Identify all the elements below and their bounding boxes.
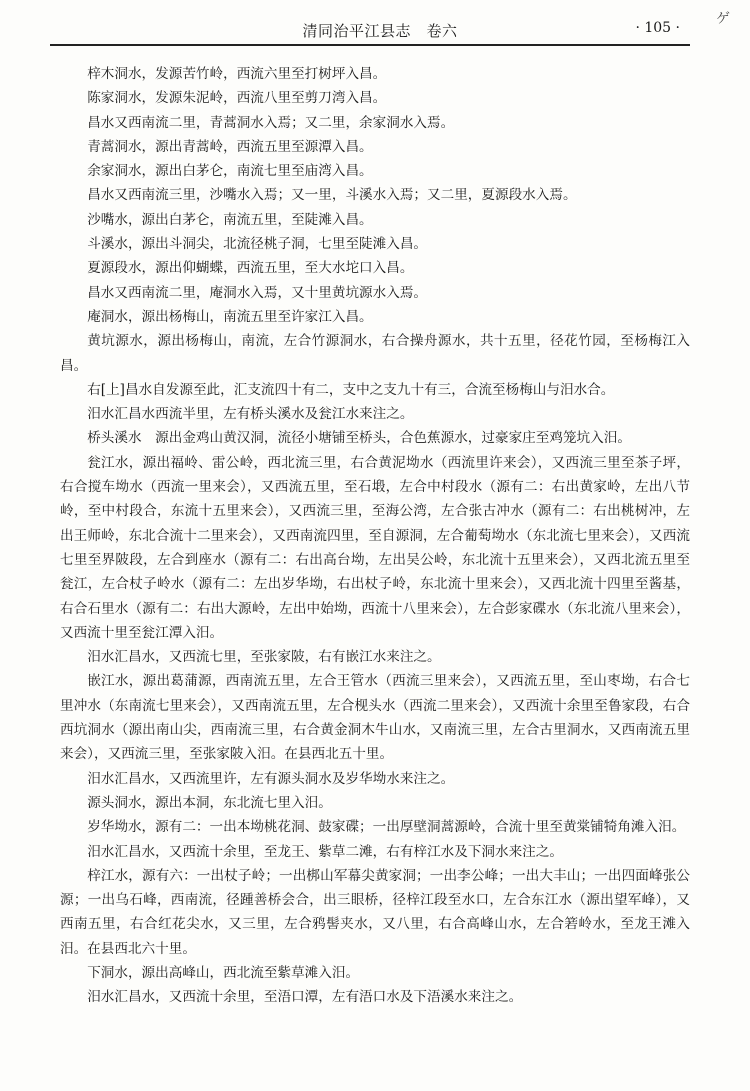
paragraph: 沙嘴水，源出白茅仑，南流五里，至陡滩入昌。 xyxy=(60,208,690,232)
running-title: 清同治平江县志 卷六 xyxy=(50,20,690,41)
paragraph: 青蒿洞水，源出青蒿岭，西流五里至源潭入昌。 xyxy=(60,135,690,159)
corner-scan-mark: ゲ xyxy=(716,8,730,28)
paragraph: 汨水汇昌水西流半里，左有桥头溪水及瓮江水来注之。 xyxy=(60,402,690,426)
paragraph: 昌水又西南流二里，庵洞水入焉，又十里黄坑源水入焉。 xyxy=(60,281,690,305)
paragraph: 源头洞水，源出本洞，东北流七里入汨。 xyxy=(60,791,690,815)
paragraph: 瓮江水，源出福岭、雷公岭，西北流三里，右合黄泥坳水（西流里许来会），又西流三里至… xyxy=(60,451,690,645)
paragraph: 汨水汇昌水，又西流七里，至张家陂，右有嵌江水来注之。 xyxy=(60,645,690,669)
body-text: 梓木洞水，发源苦竹岭，西流六里至打树坪入昌。 陈家洞水，发源朱泥岭，西流八里至剪… xyxy=(60,62,690,1010)
paragraph: 嵌江水，源出葛蒲源，西南流五里，左合王管水（西流三里来会），又西流五里，至山枣坳… xyxy=(60,669,690,766)
paragraph: 陈家洞水，发源朱泥岭，西流八里至剪刀湾入昌。 xyxy=(60,86,690,110)
paragraph: 昌水又西南流二里，青蒿洞水入焉；又二里，余家洞水入焉。 xyxy=(60,111,690,135)
paragraph: 余家洞水，源出白茅仑，南流七里至庙湾入昌。 xyxy=(60,159,690,183)
paragraph: 汨水汇昌水，又西流十余里，至龙王、紫草二滩，右有梓江水及下洞水来注之。 xyxy=(60,840,690,864)
paragraph: 桥头溪水 源出金鸡山黄汉洞，流径小塘铺至桥头，合色蕉源水，过豪家庄至鸡笼坑入汨。 xyxy=(60,426,690,450)
paragraph: 庵洞水，源出杨梅山，南流五里至许家江入昌。 xyxy=(60,305,690,329)
paragraph: 斗溪水，源出斗洞尖，北流径桃子洞，七里至陡滩入昌。 xyxy=(60,232,690,256)
paragraph: 汨水汇昌水，又西流十余里，至浯口潭，左有浯口水及下浯溪水来注之。 xyxy=(60,985,690,1009)
page-header: 清同治平江县志 卷六 · 105 · xyxy=(50,20,690,56)
paragraph: 汨水汇昌水，又西流里许，左有源头洞水及岁华坳水来注之。 xyxy=(60,767,690,791)
paragraph: 黄坑源水，源出杨梅山，南流，左合竹源洞水，右合操舟源水，共十五里，径花竹园，至杨… xyxy=(60,329,690,378)
paragraph: 昌水又西南流三里，沙嘴水入焉；又一里，斗溪水入焉；又二里，夏源段水入焉。 xyxy=(60,183,690,207)
paragraph: 梓木洞水，发源苦竹岭，西流六里至打树坪入昌。 xyxy=(60,62,690,86)
paragraph: 夏源段水，源出仰蝴蝶，西流五里，至大水坨口入昌。 xyxy=(60,256,690,280)
paragraph: 岁华坳水，源有二：一出本坳桃花洞、鼓家碟；一出厚壁洞蒿源岭，合流十里至黄棠铺犄角… xyxy=(60,815,690,839)
paragraph: 梓江水，源有六：一出杖子岭；一出梆山军幕尖黄家洞；一出李公峰；一出大丰山；一出四… xyxy=(60,864,690,961)
header-rule xyxy=(50,44,690,46)
page-number: · 105 · xyxy=(635,20,680,36)
paragraph: 右[上]昌水自发源至此，汇支流四十有二，支中之支九十有三，合流至杨梅山与汨水合。 xyxy=(60,378,690,402)
paragraph: 下洞水，源出高峰山，西北流至紫草滩入汨。 xyxy=(60,961,690,985)
